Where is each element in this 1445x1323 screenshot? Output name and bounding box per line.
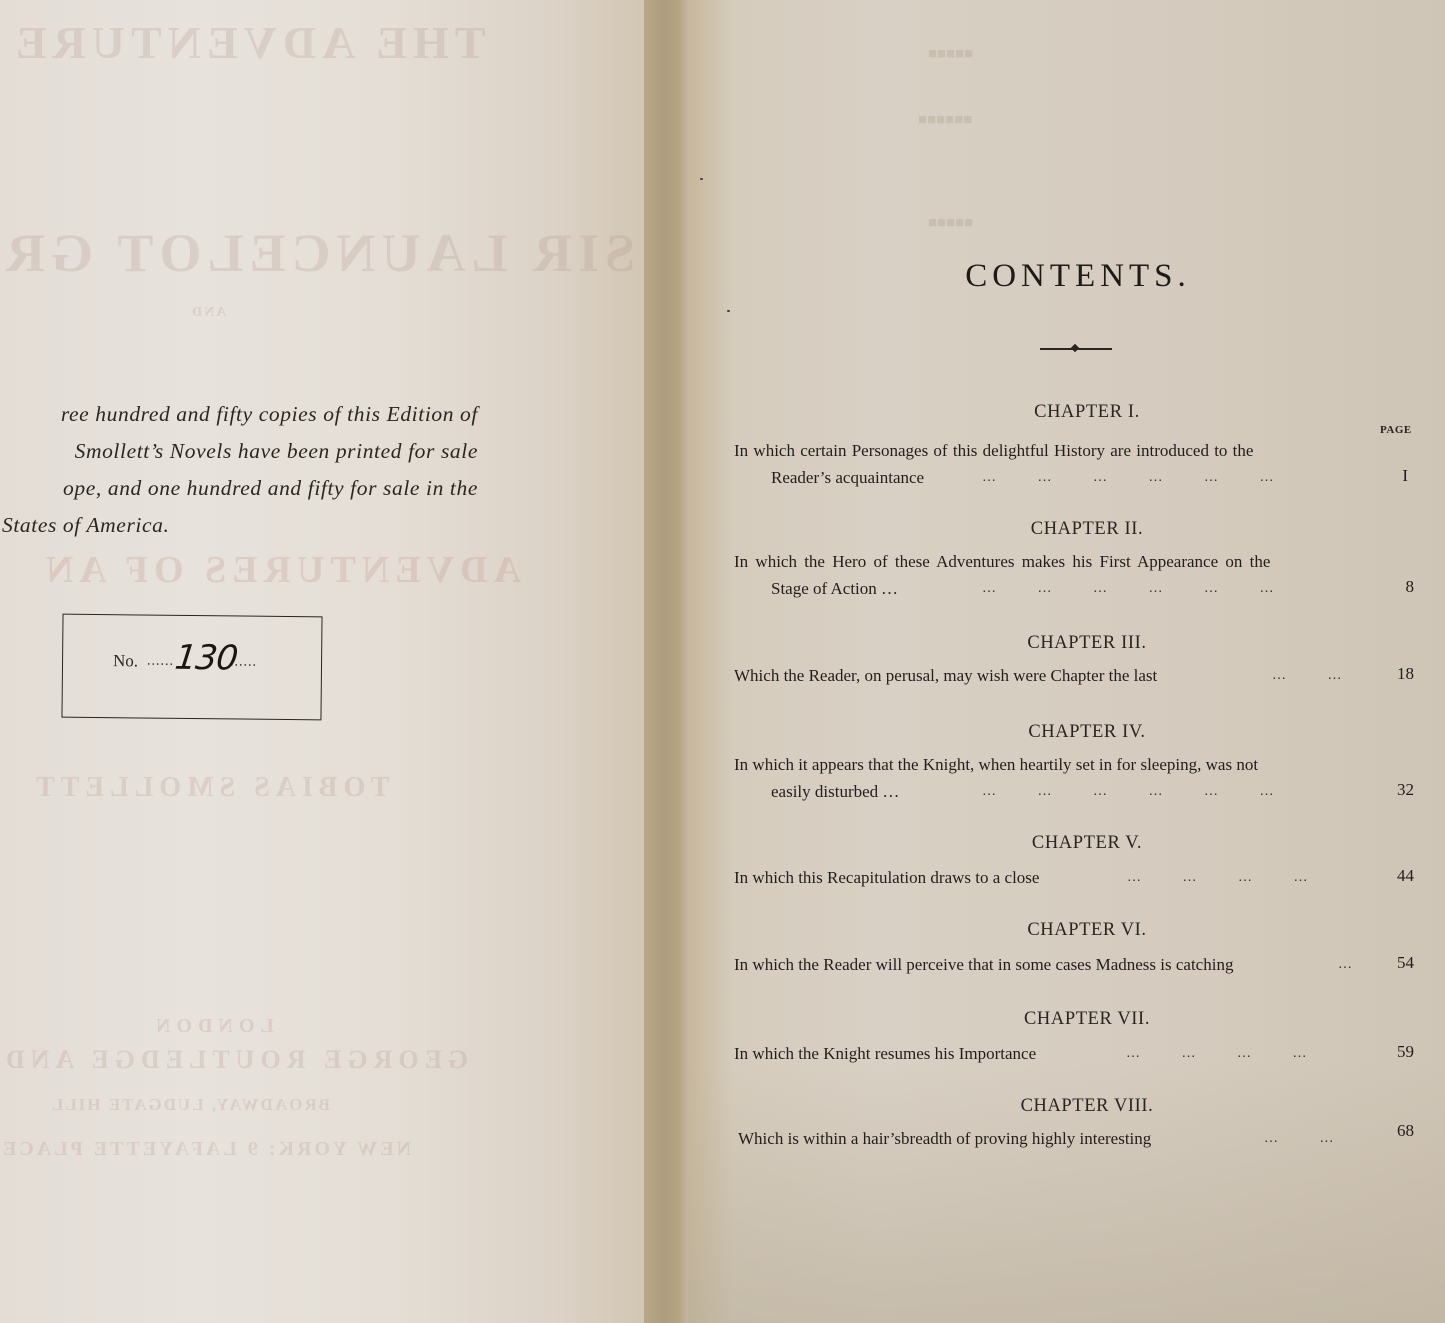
toc-entry: CHAPTER VII. In which the Knight resumes… xyxy=(734,1009,1414,1067)
notice-line: Smollett’s Novels have been printed for … xyxy=(0,433,478,470)
contents-title: CONTENTS. xyxy=(878,258,1278,295)
copy-number-box: No. ............ 130 xyxy=(61,614,322,721)
page-number: 68 xyxy=(1397,1117,1414,1144)
chapter-heading: CHAPTER V. xyxy=(760,833,1414,854)
bleed-through-name: SIR LAUNCELOT GR xyxy=(0,222,635,284)
dot-leaders: … … … … … … xyxy=(982,575,1274,602)
bleed-through-city: LONDON xyxy=(150,1015,274,1038)
toc-entry: CHAPTER I. In which certain Personages o… xyxy=(734,402,1414,491)
chapter-heading: CHAPTER VIII. xyxy=(760,1096,1414,1117)
bleed-through-publisher: GEORGE ROUTLEDGE AND xyxy=(0,1045,468,1075)
page-number: I xyxy=(1402,462,1408,489)
dot-leaders: … … … … xyxy=(1126,1040,1307,1067)
chapter-description: In which the Reader will perceive that i… xyxy=(734,951,1414,978)
bleed-through-title: THE ADVENTURE xyxy=(10,16,485,69)
open-book-spread: THE ADVENTURE SIR LAUNCELOT GR AND ADVEN… xyxy=(0,0,1445,1323)
chapter-description: Which is within a hair’sbreadth of provi… xyxy=(734,1125,1414,1152)
copy-number-label: No. xyxy=(113,651,138,671)
page-number: 59 xyxy=(1397,1038,1414,1065)
chapter-heading: CHAPTER II. xyxy=(760,519,1414,540)
dot-leaders: … … xyxy=(1272,662,1342,689)
page-number: 32 xyxy=(1397,776,1414,803)
limitation-notice: ree hundred and fifty copies of this Edi… xyxy=(0,396,478,544)
chapter-description: In which the Hero of these Adventures ma… xyxy=(734,548,1414,602)
page-number: 44 xyxy=(1397,862,1414,889)
page-number: 8 xyxy=(1406,573,1415,600)
chapter-heading: CHAPTER III. xyxy=(760,633,1414,654)
notice-line: States of America. xyxy=(0,507,478,544)
bleed-through-and: AND xyxy=(190,305,226,321)
toc-entry: CHAPTER III. Which the Reader, on perusa… xyxy=(734,633,1414,689)
chapter-heading: CHAPTER VI. xyxy=(760,920,1414,941)
chapter-description: In which this Recapitulation draws to a … xyxy=(734,864,1414,891)
chapter-description: In which it appears that the Knight, whe… xyxy=(734,751,1414,805)
bleed-through-new-york: NEW YORK: 9 LAFAYETTE PLACE xyxy=(0,1138,411,1161)
dot-leaders: … xyxy=(1338,951,1352,978)
dot-leaders: … … xyxy=(1264,1125,1334,1152)
chapter-description: In which certain Personages of this deli… xyxy=(734,437,1414,491)
bleed-through-subtitle: ADVENTURES OF AN xyxy=(40,548,521,592)
paper-speck xyxy=(727,310,730,312)
dot-leaders: … … … … … … xyxy=(982,464,1274,491)
chapter-heading: CHAPTER I. xyxy=(760,402,1414,423)
toc-entry: CHAPTER VIII. Which is within a hair’sbr… xyxy=(734,1096,1414,1152)
book-gutter xyxy=(644,0,690,1323)
chapter-heading: CHAPTER VII. xyxy=(760,1009,1414,1030)
page-number: 54 xyxy=(1397,949,1414,976)
toc-entry: CHAPTER II. In which the Hero of these A… xyxy=(734,519,1414,602)
bleed-through-text: ■■■■■ xyxy=(928,46,973,63)
bleed-through-address: BROADWAY, LUDGATE HILL xyxy=(50,1095,330,1115)
bleed-through-author: TOBIAS SMOLLETT xyxy=(30,772,389,804)
chapter-heading: CHAPTER IV. xyxy=(760,722,1414,743)
bleed-through-text: ■■■■■■ xyxy=(918,112,972,129)
bleed-through-text: ■■■■■ xyxy=(928,215,973,232)
left-page: THE ADVENTURE SIR LAUNCELOT GR AND ADVEN… xyxy=(0,0,648,1323)
page-number: 18 xyxy=(1397,660,1414,687)
dot-leaders: … … … … xyxy=(1127,864,1308,891)
ornamental-rule-icon xyxy=(1040,348,1112,350)
toc-entry: CHAPTER V. In which this Recapitulation … xyxy=(734,833,1414,891)
copy-number-handwritten: 130 xyxy=(173,638,240,679)
dot-leaders: … … … … … … xyxy=(982,778,1274,805)
paper-speck xyxy=(700,178,703,180)
notice-line: ree hundred and fifty copies of this Edi… xyxy=(0,396,478,433)
chapter-description: Which the Reader, on perusal, may wish w… xyxy=(734,662,1414,689)
chapter-description: In which the Knight resumes his Importan… xyxy=(734,1040,1414,1067)
toc-entry: CHAPTER IV. In which it appears that the… xyxy=(734,722,1414,805)
toc-entry: CHAPTER VI. In which the Reader will per… xyxy=(734,920,1414,978)
notice-line: ope, and one hundred and fifty for sale … xyxy=(0,470,478,507)
